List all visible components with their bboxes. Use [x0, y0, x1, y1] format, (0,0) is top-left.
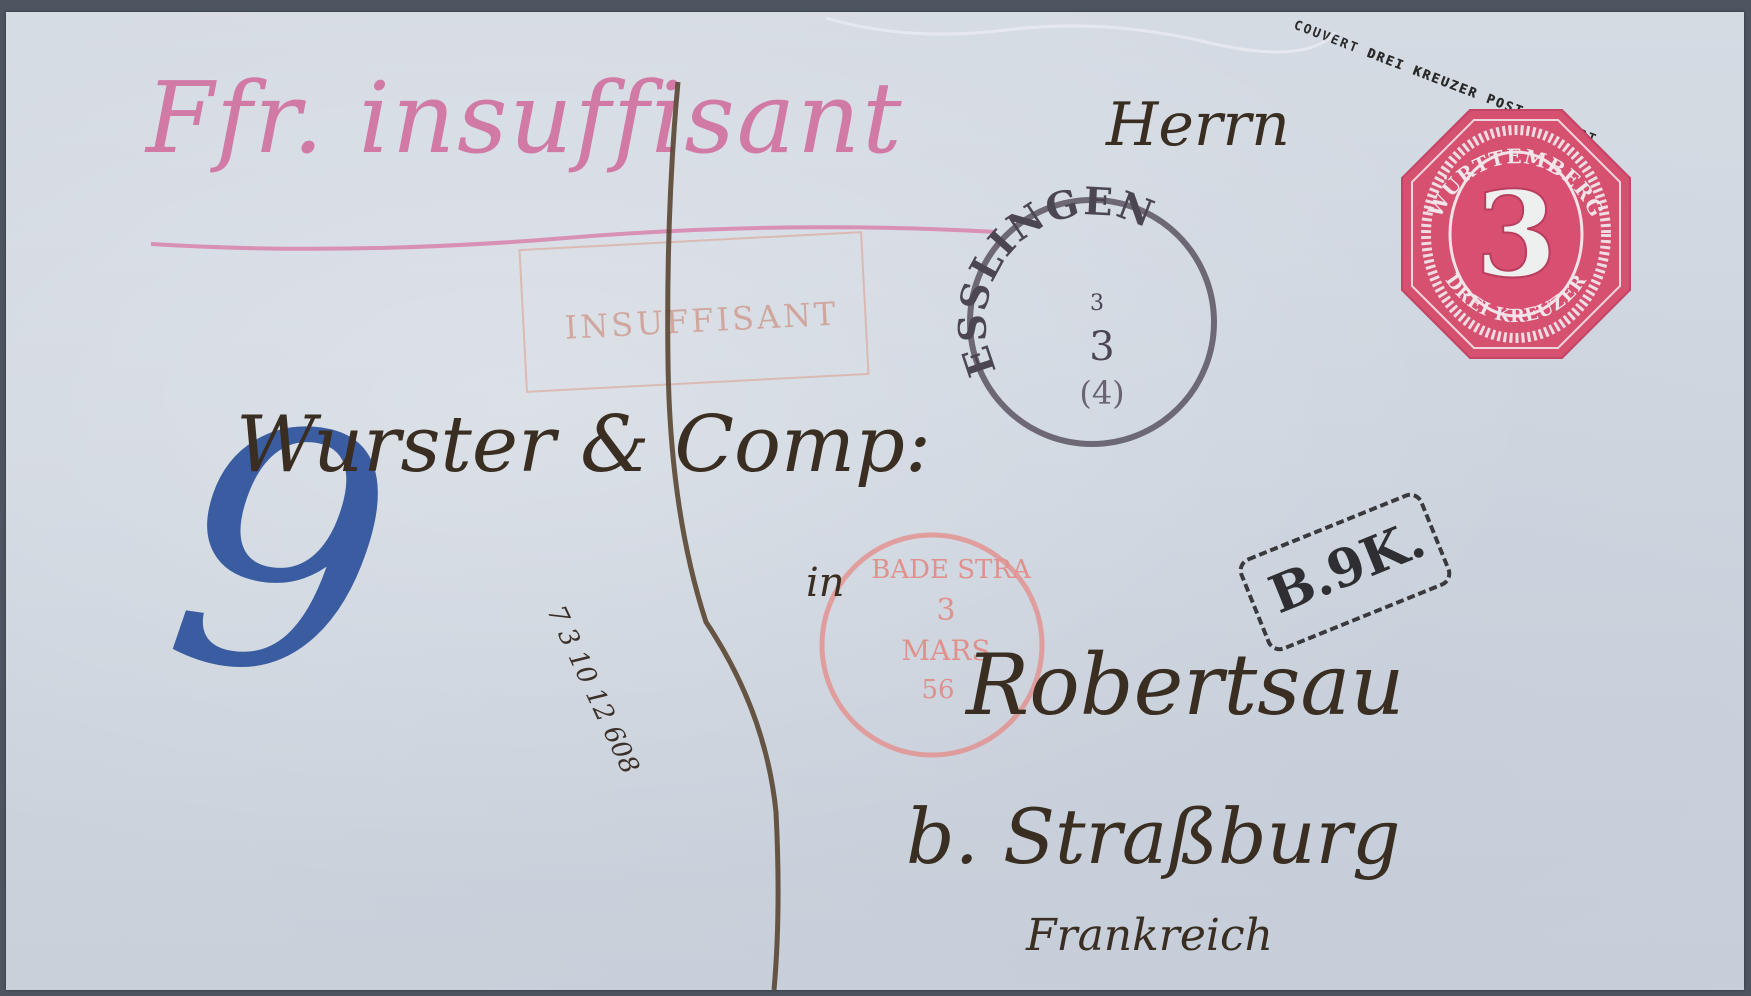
destination-near: b. Straßburg — [906, 792, 1401, 881]
preposition: in — [806, 560, 845, 606]
pen-stroke — [6, 12, 1744, 990]
destination-city: Robertsau — [966, 636, 1405, 734]
recipient-name: Wurster & Comp: — [236, 400, 931, 490]
destination-country: Frankreich — [1026, 910, 1273, 961]
envelope: COUVERT DREI KREUZER POST-COUV DREI KREU… — [6, 12, 1744, 990]
